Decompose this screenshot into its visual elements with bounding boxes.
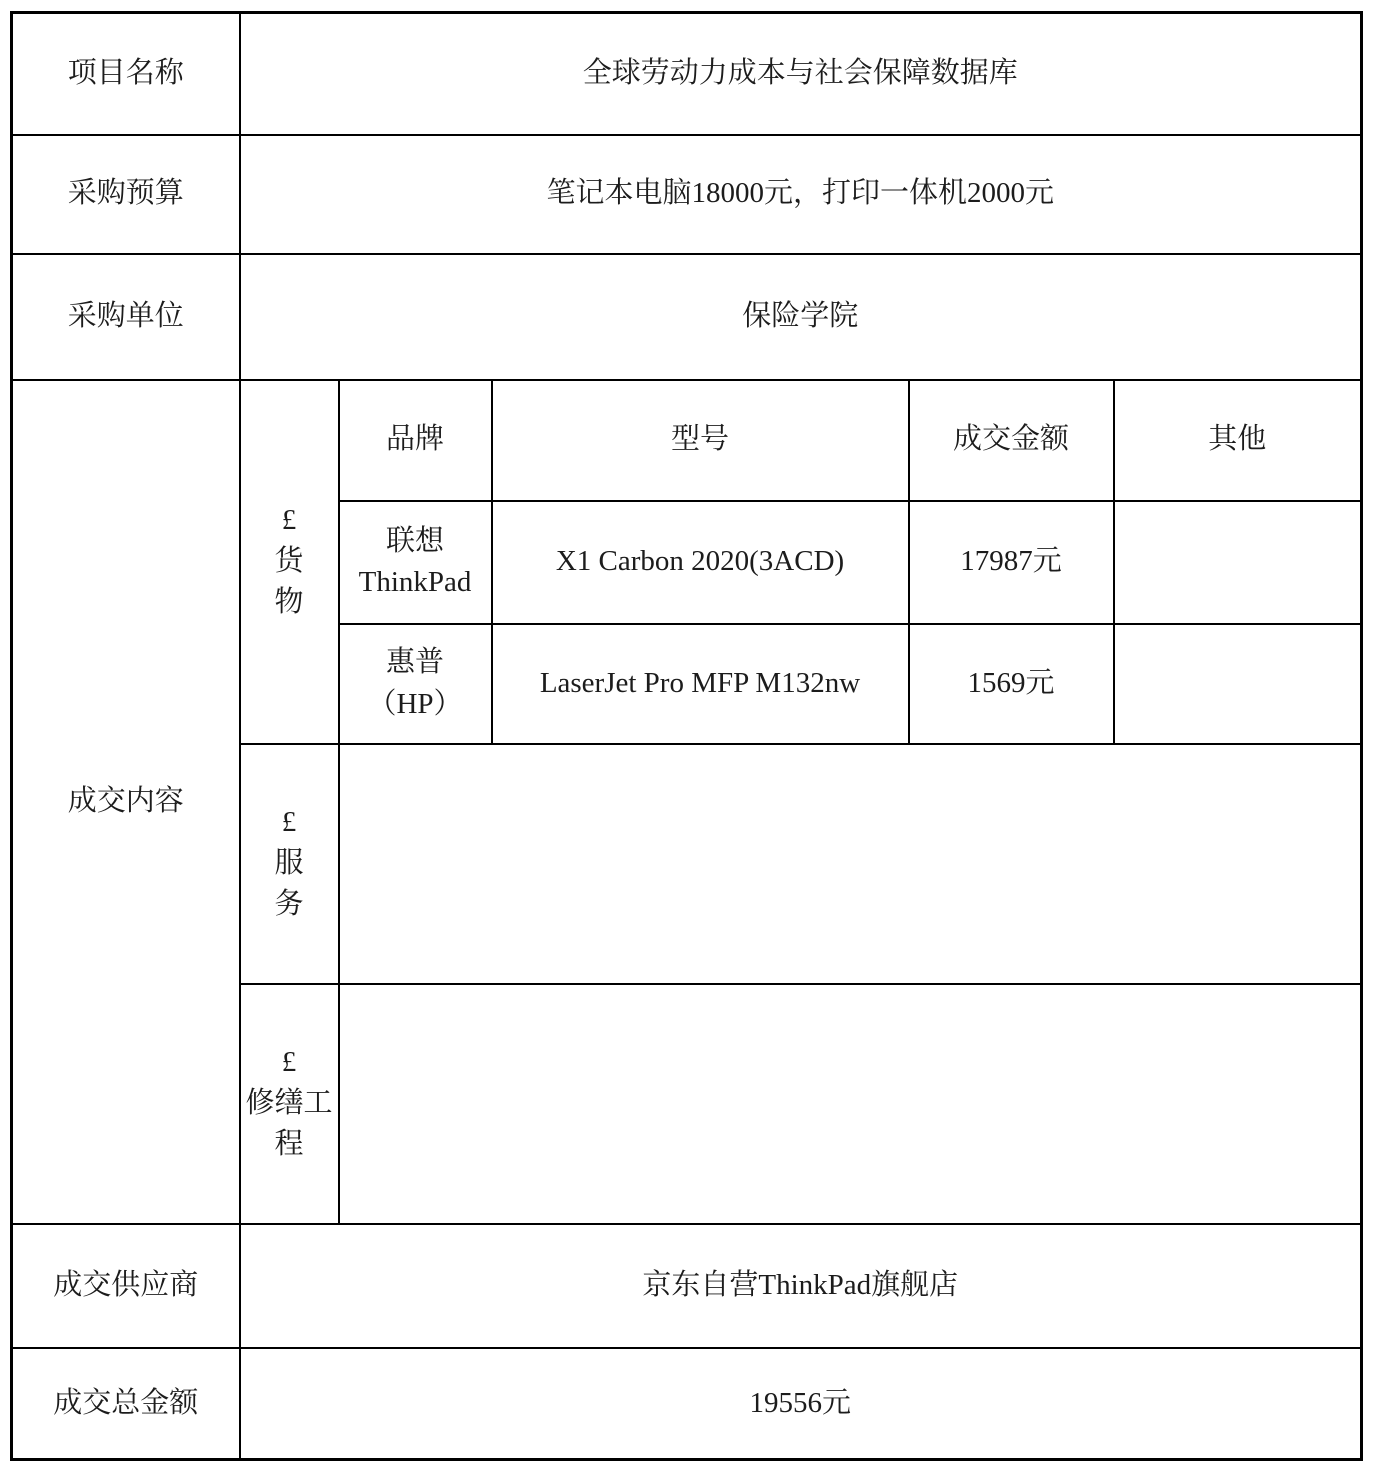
renovation-category-cell: £ 修缮工 程 <box>240 984 339 1224</box>
service-content-cell <box>339 744 1362 984</box>
total-amount-value: 19556元 <box>240 1348 1362 1460</box>
item-model: X1 Carbon 2020(3ACD) <box>492 501 909 624</box>
purchasing-unit-row: 采购单位 保险学院 <box>12 254 1362 380</box>
item-amount: 17987元 <box>909 501 1114 624</box>
goods-header-row: 成交内容 £ 货 物 品牌 型号 成交金额 其他 <box>12 380 1362 501</box>
supplier-row: 成交供应商 京东自营ThinkPad旗舰店 <box>12 1224 1362 1348</box>
project-name-value: 全球劳动力成本与社会保障数据库 <box>240 13 1362 135</box>
project-name-row: 项目名称 全球劳动力成本与社会保障数据库 <box>12 13 1362 135</box>
budget-row: 采购预算 笔记本电脑18000元，打印一体机2000元 <box>12 135 1362 254</box>
supplier-label: 成交供应商 <box>12 1224 240 1348</box>
renovation-content-cell <box>339 984 1362 1224</box>
amount-column-header: 成交金额 <box>909 380 1114 501</box>
item-brand: 惠普 （HP） <box>339 624 492 744</box>
procurement-result-table: 项目名称 全球劳动力成本与社会保障数据库 采购预算 笔记本电脑18000元，打印… <box>10 11 1363 1461</box>
item-other <box>1114 501 1362 624</box>
brand-column-header: 品牌 <box>339 380 492 501</box>
budget-value: 笔记本电脑18000元，打印一体机2000元 <box>240 135 1362 254</box>
item-amount: 1569元 <box>909 624 1114 744</box>
purchasing-unit-label: 采购单位 <box>12 254 240 380</box>
document-page: 项目名称 全球劳动力成本与社会保障数据库 采购预算 笔记本电脑18000元，打印… <box>0 0 1382 1475</box>
item-brand: 联想 ThinkPad <box>339 501 492 624</box>
model-column-header: 型号 <box>492 380 909 501</box>
budget-label: 采购预算 <box>12 135 240 254</box>
purchasing-unit-value: 保险学院 <box>240 254 1362 380</box>
goods-category-cell: £ 货 物 <box>240 380 339 744</box>
other-column-header: 其他 <box>1114 380 1362 501</box>
item-other <box>1114 624 1362 744</box>
item-model: LaserJet Pro MFP M132nw <box>492 624 909 744</box>
supplier-value: 京东自营ThinkPad旗舰店 <box>240 1224 1362 1348</box>
service-category-cell: £ 服 务 <box>240 744 339 984</box>
project-name-label: 项目名称 <box>12 13 240 135</box>
total-amount-row: 成交总金额 19556元 <box>12 1348 1362 1460</box>
total-amount-label: 成交总金额 <box>12 1348 240 1460</box>
content-section-label: 成交内容 <box>12 380 240 1224</box>
